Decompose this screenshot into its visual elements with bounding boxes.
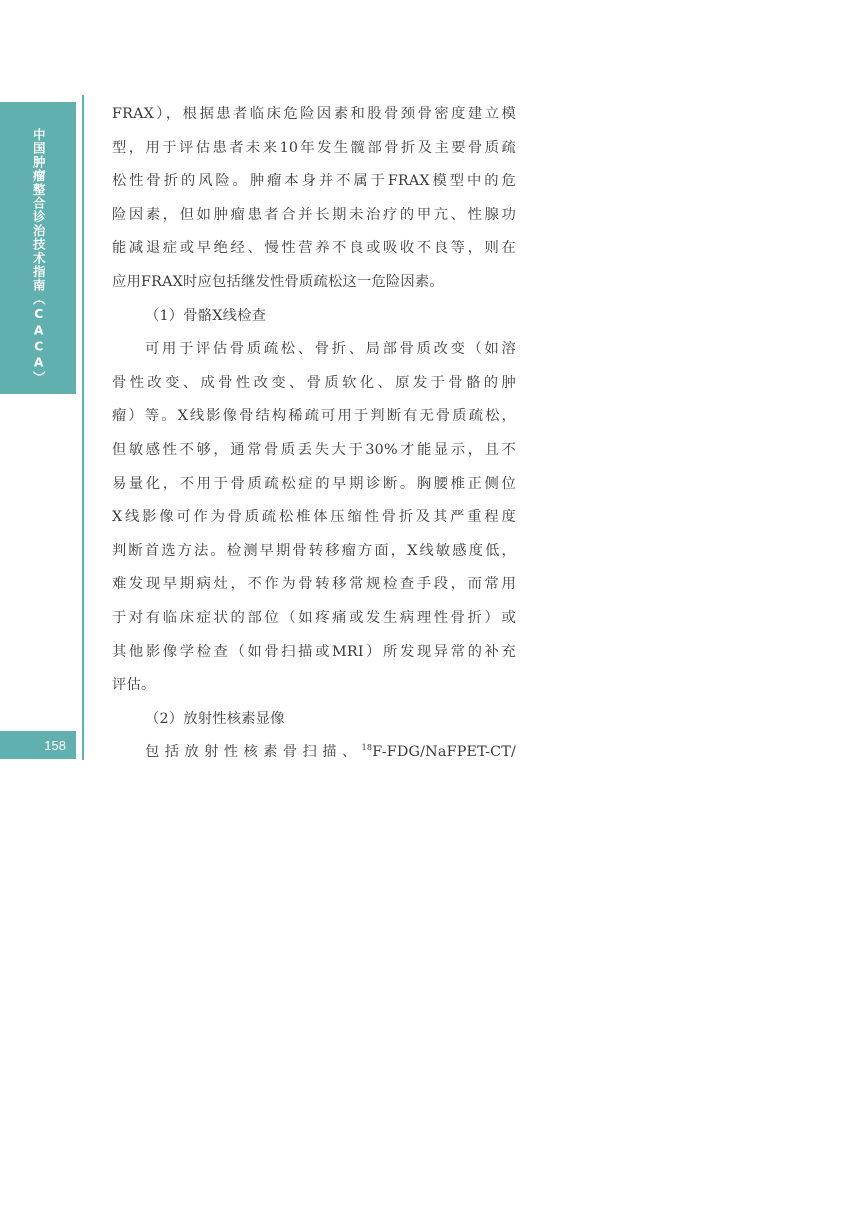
text-line: 但敏感性不够，通常骨质丢失大于30%才能显示，且不	[112, 434, 516, 468]
book-title: 中国肿瘤整合诊治技术指南（CACA）	[32, 128, 45, 385]
book-title-tab: 中国肿瘤整合诊治技术指南（CACA）	[0, 102, 76, 394]
text-line: 瘤）等。X线影像骨结构稀疏可用于判断有无骨质疏松，	[112, 400, 516, 434]
page-number-tab: 158	[0, 731, 76, 759]
text-line: 骨性改变、成骨性改变、骨质软化、原发于骨骼的肿	[112, 367, 516, 401]
body-text: FRAX），根据患者临床危险因素和股骨颈骨密度建立模 型，用于评估患者未来10年…	[112, 98, 516, 770]
text-suffix: F-FDG/NaFPET-CT/	[372, 744, 516, 760]
text-line: 判断首选方法。检测早期骨转移瘤方面，X线敏感度低，	[112, 535, 516, 569]
text-line: X线影像可作为骨质疏松椎体压缩性骨折及其严重程度	[112, 501, 516, 535]
text-line: 松性骨折的风险。肿瘤本身并不属于FRAX模型中的危	[112, 165, 516, 199]
text-line: 评估。	[112, 669, 516, 703]
text-line: 易量化，不用于骨质疏松症的早期诊断。胸腰椎正侧位	[112, 468, 516, 502]
text-line: 型，用于评估患者未来10年发生髋部骨折及主要骨质疏	[112, 132, 516, 166]
text-line: 其他影像学检查（如骨扫描或MRI）所发现异常的补充	[112, 636, 516, 670]
text-line: 险因素，但如肿瘤患者合并长期未治疗的甲亢、性腺功	[112, 199, 516, 233]
margin-divider	[82, 95, 84, 760]
text-prefix: 包括放射性核素骨扫描、	[145, 744, 362, 760]
text-line: 应用FRAX时应包括继发性骨质疏松这一危险因素。	[112, 266, 516, 300]
section-heading-radionuclide: （2）放射性核素显像	[112, 703, 516, 737]
text-line: FRAX），根据患者临床危险因素和股骨颈骨密度建立模	[112, 98, 516, 132]
text-line-final: 包括放射性核素骨扫描、18F-FDG/NaFPET-CT/	[112, 736, 516, 770]
text-line: 难发现早期病灶，不作为骨转移常规检查手段，而常用	[112, 568, 516, 602]
section-heading-xray: （1）骨骼X线检查	[112, 300, 516, 334]
text-line: 可用于评估骨质疏松、骨折、局部骨质改变（如溶	[112, 333, 516, 367]
text-line: 于对有临床症状的部位（如疼痛或发生病理性骨折）或	[112, 602, 516, 636]
page-number: 158	[44, 738, 66, 753]
isotope-superscript: 18	[362, 743, 373, 752]
text-line: 能减退症或早绝经、慢性营养不良或吸收不良等，则在	[112, 232, 516, 266]
